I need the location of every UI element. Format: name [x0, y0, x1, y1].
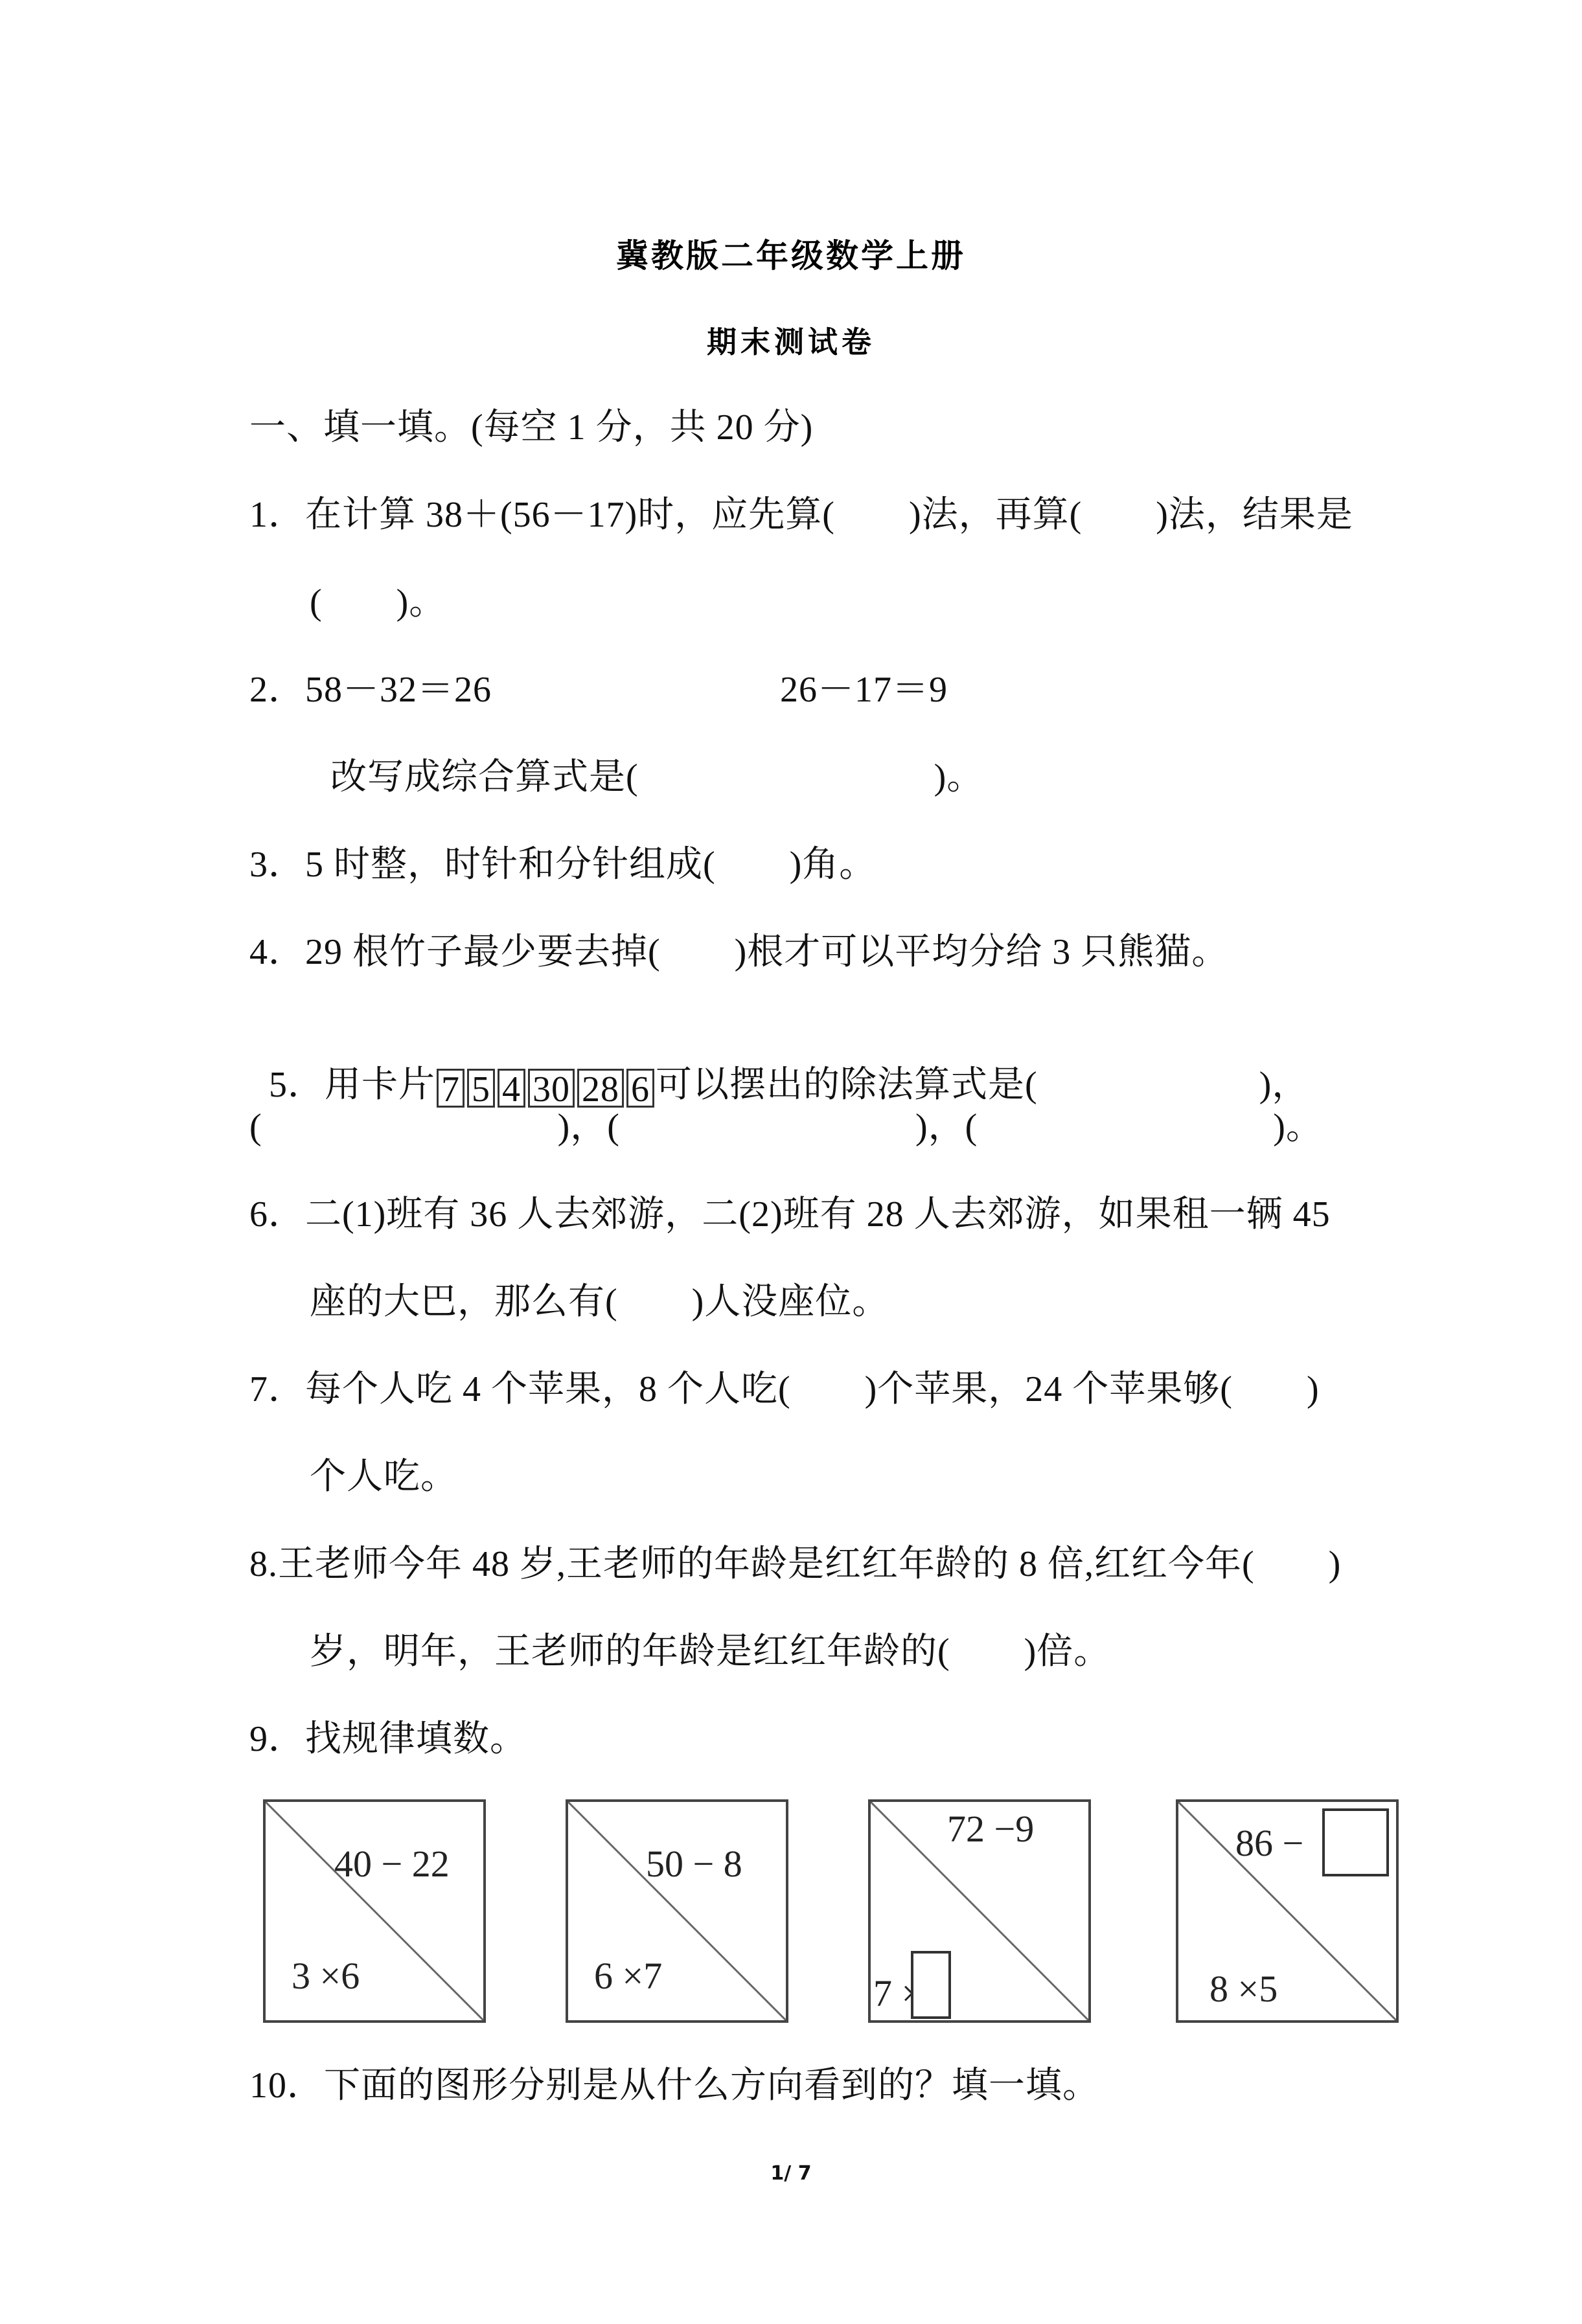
- document-subtitle: 期末测试卷: [0, 319, 1582, 361]
- question-5-prefix: 5．用卡片: [269, 1065, 435, 1105]
- document-title: 冀教版二年级数学上册: [0, 230, 1582, 277]
- question-2-line-2: 改写成综合算式是( )。: [330, 755, 983, 800]
- question-8-line-2: 岁，明年，王老师的年龄是红红年龄的( )倍。: [310, 1629, 1110, 1674]
- pattern-bottom-expression: 6 ×7: [594, 1954, 662, 1998]
- question-7-line-1: 7．每个人吃 4 个苹果，8 个人吃( )个苹果，24 个苹果够( ): [249, 1367, 1320, 1412]
- question-6-line-1: 6．二(1)班有 36 人去郊游，二(2)班有 28 人去郊游，如果租一辆 45: [249, 1192, 1331, 1237]
- number-card: 4: [498, 1069, 525, 1108]
- question-7-line-2: 个人吃。: [310, 1454, 457, 1499]
- question-5-suffix: 可以摆出的除法算式是( )，: [656, 1065, 1309, 1105]
- pattern-top-expression: 86 −: [1235, 1821, 1303, 1865]
- pattern-top-expression: 72 −9: [947, 1807, 1034, 1851]
- number-card: 6: [626, 1069, 654, 1108]
- pattern-top-expression: 40 − 22: [334, 1842, 450, 1885]
- number-card: 5: [467, 1069, 495, 1108]
- answer-slot[interactable]: [1322, 1808, 1389, 1876]
- pattern-bottom-expression: 3 ×6: [292, 1954, 360, 1998]
- answer-slot[interactable]: [911, 1951, 951, 2019]
- question-4: 4．29 根竹子最少要去掉( )根才可以平均分给 3 只熊猫。: [249, 929, 1228, 975]
- question-10: 10．下面的图形分别是从什么方向看到的？填一填。: [249, 2063, 1099, 2108]
- number-card: 7: [437, 1069, 464, 1108]
- question-3: 3．5 时整，时针和分针组成( )角。: [249, 842, 876, 887]
- number-card: 30: [528, 1069, 575, 1108]
- question-2-equation-1: 2．58－32＝26: [249, 667, 492, 712]
- section-heading: 一、填一填。(每空 1 分，共 20 分): [249, 405, 813, 450]
- question-8-line-1: 8.王老师今年 48 岁,王老师的年龄是红红年龄的 8 倍,红红今年( ): [249, 1542, 1341, 1587]
- pattern-box-3: 72 −9 7 ×: [868, 1799, 1091, 2023]
- question-5-line-2: ( )，( )，( )。: [249, 1104, 1323, 1150]
- pattern-top-expression: 50 − 8: [646, 1842, 742, 1885]
- question-9: 9．找规律填数。: [249, 1716, 527, 1762]
- number-card: 28: [577, 1069, 624, 1108]
- pattern-box-2: 50 − 8 6 ×7: [566, 1799, 788, 2023]
- question-2-equation-2: 26－17＝9: [780, 667, 948, 712]
- question-6-line-2: 座的大巴，那么有( )人没座位。: [310, 1279, 889, 1325]
- question-1-line-2: ( )。: [310, 580, 446, 625]
- question-1-line-1: 1．在计算 38＋(56－17)时，应先算( )法，再算( )法，结果是: [249, 492, 1353, 538]
- question-5-line-1: 5．用卡片75430286可以摆出的除法算式是( )，: [249, 1017, 1309, 1108]
- pattern-bottom-expression: 8 ×5: [1209, 1967, 1278, 2011]
- pattern-box-4: 86 − 8 ×5: [1176, 1799, 1399, 2023]
- pattern-box-1: 40 − 22 3 ×6: [263, 1799, 486, 2023]
- page-number: 1/ 7: [0, 2162, 1582, 2185]
